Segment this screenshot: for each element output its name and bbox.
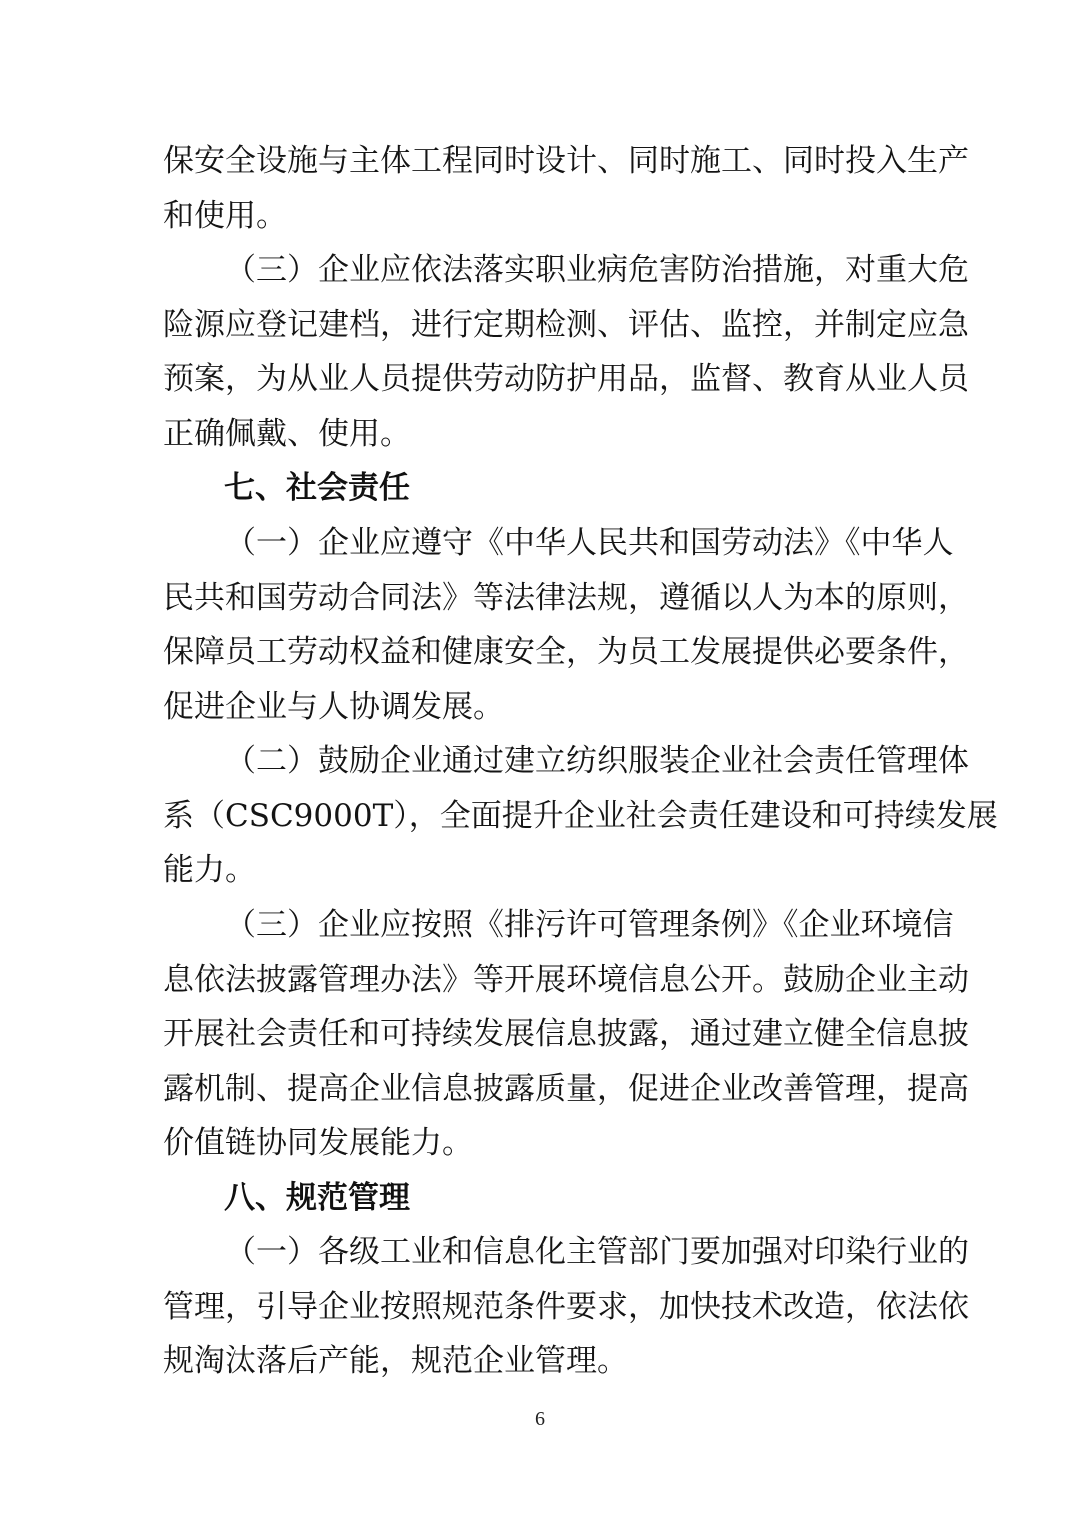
section-heading-standardized-management: 八、规范管理 [224,1176,410,1220]
document-page: 保安全设施与主体工程同时设计、同时施工、同时投入生产 和使用。 （三）企业应依法… [0,0,1080,1526]
text-line: 价值链协同发展能力。 [163,1121,923,1165]
text-line: 和使用。 [163,194,923,238]
text-line: 保障员工劳动权益和健康安全，为员工发展提供必要条件， [163,630,923,674]
paragraph-first-line: （三）企业应依法落实职业病危害防治措施，对重大危 [225,248,923,292]
page-number: 6 [0,1408,1080,1431]
text-line: 预案，为从业人员提供劳动防护用品，监督、教育从业人员 [163,357,923,401]
paragraph-first-line: （一）各级工业和信息化主管部门要加强对印染行业的 [225,1230,923,1274]
text-line: 规淘汰落后产能，规范企业管理。 [163,1339,923,1383]
text-line: 民共和国劳动合同法》等法律法规，遵循以人为本的原则， [163,576,923,620]
text-line: 险源应登记建档，进行定期检测、评估、监控，并制定应急 [163,303,923,347]
text-line: 系（CSC9000T），全面提升企业社会责任建设和可持续发展 [163,794,923,838]
paragraph-first-line: （二）鼓励企业通过建立纺织服装企业社会责任管理体 [225,739,923,783]
text-line: 息依法披露管理办法》等开展环境信息公开。鼓励企业主动 [163,958,923,1002]
text-line: 正确佩戴、使用。 [163,412,923,456]
section-heading-social-responsibility: 七、社会责任 [224,466,410,510]
paragraph-first-line: （三）企业应按照《排污许可管理条例》《企业环境信 [225,903,923,947]
text-line: 开展社会责任和可持续发展信息披露，通过建立健全信息披 [163,1012,923,1056]
text-line: 管理，引导企业按照规范条件要求，加快技术改造，依法依 [163,1285,923,1329]
text-line: 能力。 [163,848,923,892]
text-line: 促进企业与人协调发展。 [163,685,923,729]
paragraph-first-line: （一）企业应遵守《中华人民共和国劳动法》《中华人 [225,521,923,565]
text-line: 露机制、提高企业信息披露质量，促进企业改善管理，提高 [163,1067,923,1111]
text-line: 保安全设施与主体工程同时设计、同时施工、同时投入生产 [163,139,923,183]
